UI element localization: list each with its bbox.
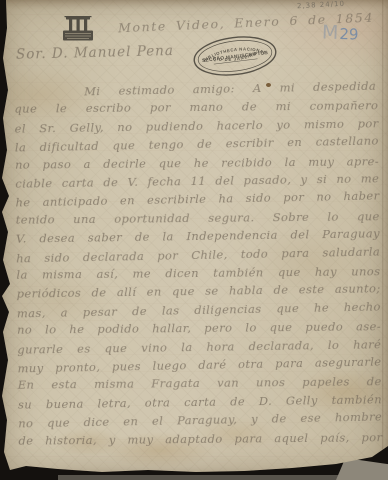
letter-line: ha sido declarada por Chile, todo para s… bbox=[16, 244, 380, 265]
letter-line: no paso a decirle que he recibido la muy… bbox=[15, 154, 379, 171]
letter-line: periódicos de allí en que se habla de es… bbox=[17, 282, 381, 301]
letter-line: En esta misma Fragata van unos papeles d… bbox=[18, 375, 382, 392]
letter-line: V. desea saber de la Independencia del P… bbox=[16, 226, 380, 245]
letter-line: muy pronto, pues luego daré otra para as… bbox=[17, 354, 381, 375]
letter-line: no lo he podido hallar, pero lo que pued… bbox=[17, 319, 381, 336]
letter-body: Mi estimado amigo: A mi despedidaque le … bbox=[0, 0, 388, 480]
letter-line: no que dice en el Paraguay, y de ese hom… bbox=[18, 410, 382, 431]
letter-line: gurarle es que vino la hora declarada, l… bbox=[17, 337, 381, 356]
letter-line: el Sr. Gelly, no pudiendo hacerlo yo mis… bbox=[15, 116, 379, 135]
letter-line: que le escribo por mano de mi compañero bbox=[14, 99, 378, 116]
letter-line: he anticipado en escribirle ha sido por … bbox=[15, 189, 379, 210]
table-edge bbox=[58, 475, 358, 480]
letter-line: ciable carta de V. fecha 11 del pasado, … bbox=[15, 171, 379, 190]
letter-line: su buena letra, otra carta de D. Gelly t… bbox=[18, 392, 382, 411]
letter-line: la dificultad que tengo de escribir en c… bbox=[15, 134, 379, 155]
letter-paper: Monte Video, Enero 6 de 1854 2,38 24/10 … bbox=[0, 0, 388, 474]
letter-line: mas, a pesar de las diligencias que he h… bbox=[17, 299, 381, 320]
letter-line: la misma así, me dicen también que hay u… bbox=[16, 264, 380, 281]
letter-line: de historia, y muy adaptado para aquel p… bbox=[18, 430, 382, 447]
letter-line: tenido una oportunidad segura. Sobre lo … bbox=[16, 209, 380, 226]
scanned-letter-photo: Monte Video, Enero 6 de 1854 2,38 24/10 … bbox=[0, 0, 388, 480]
letter-line: Mi estimado amigo: A mi despedida bbox=[84, 79, 376, 99]
